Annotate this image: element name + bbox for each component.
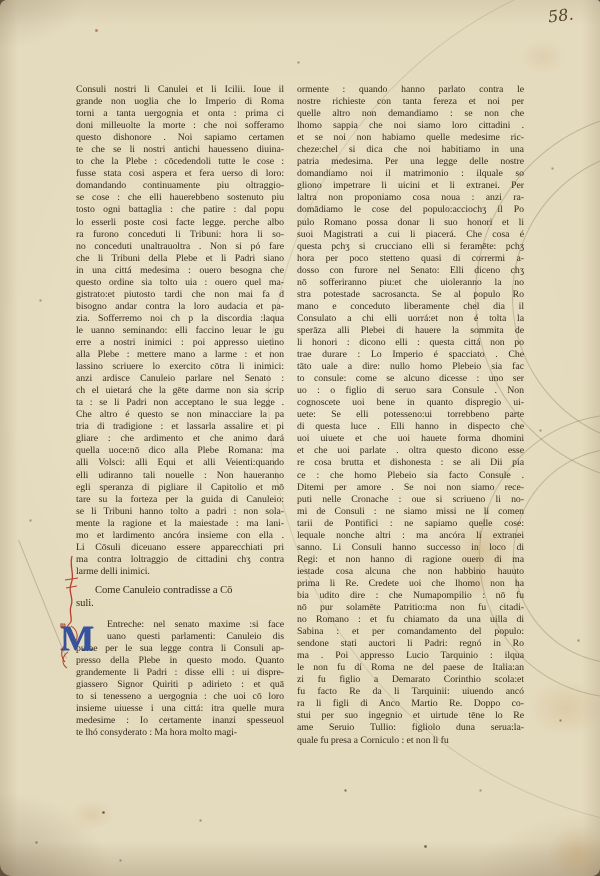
- text-line: egli speranza di pigliare il Capitolio e…: [76, 482, 284, 494]
- text-line: questa pchʒ si crucciano elli si feramēt…: [297, 241, 524, 253]
- text-line: gistrato:et piutosto tardi che non mai f…: [76, 289, 284, 301]
- paragraph-canuleio-speech: Entreche: nel senato maxime :si faceuano…: [76, 619, 284, 739]
- text-line: sanno. Li Consuli hanno successo in loco…: [297, 542, 524, 554]
- text-line: di questa luce . Elli hanno in dispecto …: [297, 421, 524, 433]
- text-line: sendone stati auctori li Padri: regnó in…: [297, 638, 524, 650]
- text-line: quelle altro non demandiamo : se non che: [297, 108, 524, 120]
- text-line: gliono impetrare li uicini et li extrane…: [297, 180, 524, 192]
- chapter-heading-line2: suli.: [76, 597, 284, 610]
- text-line: tosto ogni battaglia : che patire : dal …: [76, 204, 284, 216]
- text-line: ch el uietará che la gēte darme non sia …: [76, 385, 284, 397]
- text-line: Li Cōsuli diceuano essere apparecchiati …: [76, 542, 284, 554]
- text-line: nō pur solamēte Patritio:ma non fu citad…: [297, 602, 524, 614]
- text-line: suoi Magistrati a cui li piacerá. Che co…: [297, 229, 524, 241]
- text-line: mi de Consuli : ne siamo missi ne li com…: [297, 506, 524, 518]
- text-line: patria medesima. Per una legge delle nos…: [297, 156, 524, 168]
- paper-stain: [520, 40, 566, 74]
- text-line: Che altro é questo se non minacciare la …: [76, 409, 284, 421]
- text-line: anzi ardisce Canuleio parlare nel Senato…: [76, 373, 284, 385]
- text-line: lequale nonche altri : ma ancóra li extr…: [297, 530, 524, 542]
- paper-stain: [70, 800, 114, 830]
- text-line: ce : che homo Plebeio sia facto Consule …: [297, 470, 524, 482]
- text-line: lhomo sappia che noi siamo loro cittadin…: [297, 120, 524, 132]
- text-line: questo dishonore . Noi sapiamo certamen: [76, 132, 284, 144]
- text-line: Ditemi per amore . Se noi non siamo rece…: [297, 482, 524, 494]
- text-line: quella uoce:nō dico alla Plebe Romana: m…: [76, 445, 284, 457]
- text-line: Entreche: nel senato maxime :si face: [76, 619, 284, 631]
- text-line: elli udiranno tali nouelle : Non haueran…: [76, 470, 284, 482]
- text-line: putoe per le sua legge contra li Consuli…: [76, 643, 284, 655]
- text-line: nostre richieste con tanta fereza et noi…: [297, 96, 524, 108]
- text-line: fu facto Re da li Tarquinii: uiuendo anc…: [297, 686, 524, 698]
- text-line: ra furono conceduti li Tribuni: hora li …: [76, 229, 284, 241]
- text-line: grandemente li Padri : disse elli : ui d…: [76, 667, 284, 679]
- text-line: trae durare : Lo Imperio é spacciato . C…: [297, 349, 524, 361]
- text-line: Consuli nostri li Canulei et li Icilii. …: [76, 84, 284, 96]
- right-column: ormente : quando hanno parlato contra le…: [297, 84, 524, 747]
- text-line: giassero Signor Quiriti p adirieto : et …: [76, 679, 284, 691]
- text-line: zi fu figlio a Demarato Corinthio scola:…: [297, 674, 524, 686]
- text-line: quale fu presa a Corniculo : et non li f…: [297, 735, 524, 747]
- text-line: cognoscete uoi bene in quanto dispregio …: [297, 397, 524, 409]
- text-line: fusse stata cosi aspera et fera uerso di…: [76, 168, 284, 180]
- text-line: to consule: come se alcuno dicesse : uno…: [297, 373, 524, 385]
- text-line: gliare : che ardimento et che animo dará: [76, 433, 284, 445]
- text-line: grande non uoglia che lo Imperio di Roma: [76, 96, 284, 108]
- text-line: tare su la forteza per la guida di Canul…: [76, 494, 284, 506]
- text-line: bia udito dire : che Numapompilio : nō f…: [297, 590, 524, 602]
- text-line: erre a nostri inimici : poi appresso uie…: [76, 337, 284, 349]
- paper-stain: [548, 826, 600, 876]
- text-line: no Romano : et fu chiamato da una uilla …: [297, 614, 524, 626]
- book-page: 58. Consuli nostri li Canulei et li Icil…: [0, 0, 600, 876]
- text-line: stra potestade sacrosancta. Se al populo…: [297, 289, 524, 301]
- text-line: mano e conceduto liberamente chel dia il: [297, 301, 524, 313]
- paragraph-consuls-speech: Consuli nostri li Canulei et li Icilii. …: [76, 84, 284, 578]
- text-line: stui per suo ingegnio et uirtude tēne lo…: [297, 710, 524, 722]
- text-line: laltra non proponiamo cosa noua : anzi r…: [297, 192, 524, 204]
- text-line: alli Volsci: alli Equi et alli Veienti:q…: [76, 457, 284, 469]
- text-line: le non fu di Roma ne del paese de Italia…: [297, 662, 524, 674]
- text-line: presso della Plebe in questo modo. Quant…: [76, 655, 284, 667]
- text-line: ra li figli di Anco Martio Re. Doppo co-: [297, 698, 524, 710]
- text-line: prima li Re. Credete uoi che lhomo non h…: [297, 578, 524, 590]
- text-line: uoi uiuete et che uoi hauete forma dhomi…: [297, 433, 524, 445]
- text-line: doni milleuolte la morte : che noi soffe…: [76, 120, 284, 132]
- chapter-heading-line1: Come Canuleio contradisse a Cō: [76, 584, 284, 597]
- text-line: tarii de Pontifici : ne sapiamo quelle c…: [297, 518, 524, 530]
- paper-specks: [0, 0, 1, 1]
- text-line: domandiamo noi il matrimonio : ilquale s…: [297, 168, 524, 180]
- text-line: alla Plebe : mettere mano a larme : et n…: [76, 349, 284, 361]
- text-line: pulo Romano possa donar li suo honori et…: [297, 217, 524, 229]
- text-line: questo ordine sia tolto uia : ouero quel…: [76, 277, 284, 289]
- text-line: se cose : che elli hauerebbeno sostenuto…: [76, 192, 284, 204]
- text-line: re cosa brutta et dishonesta : se ali Di…: [297, 457, 524, 469]
- text-line: ma contra loltraggio de cittadini chʒ co…: [76, 554, 284, 566]
- text-line: insieme uiuesse i una cittá: itra quelle…: [76, 703, 284, 715]
- text-line: ormente : quando hanno parlato contra le: [297, 84, 524, 96]
- initial-guide-letter: m: [60, 621, 66, 629]
- text-line: li honori : dicono elli : questa cittá n…: [297, 337, 524, 349]
- text-line: et che uoi parlate . oltra questo dicono…: [297, 445, 524, 457]
- text-line: ame Seruio Tullio: figliolo duna serua:l…: [297, 722, 524, 734]
- text-line: hora per poco stetteno quasi di corrermi…: [297, 253, 524, 265]
- text-line: Consulato a chi elli uorrá:et non é tolt…: [297, 313, 524, 325]
- text-line: cheze:chel si dica che noi habitiamo in …: [297, 144, 524, 156]
- text-line: in una cittá medesima : ouero besogna ch…: [76, 265, 284, 277]
- text-line: uo : o figlio di seruo sara Consule . No…: [297, 385, 524, 397]
- text-line: lassino scriuere lo exercito cōtra li in…: [76, 361, 284, 373]
- text-line: uete: Se elli potesseno:ui torrebbeno pa…: [297, 409, 524, 421]
- text-line: sperāza alli Plebei di hauere la sommita…: [297, 325, 524, 337]
- text-line: puti nelle Cronache : oue si scriueno li…: [297, 494, 524, 506]
- text-line: iestade cosa alcuna che non habbino hauu…: [297, 566, 524, 578]
- text-line: nō sofferiranno piu:et che uioleranno la…: [297, 277, 524, 289]
- text-line: che li Tribuni della Plebe et li Padri s…: [76, 253, 284, 265]
- text-line: domādiamo le cose del populo:acciochʒ il…: [297, 204, 524, 216]
- text-line: mente la ragione et la maiestade : ma la…: [76, 518, 284, 530]
- text-line: Regi: et non hanno di ragione ouero di m…: [297, 554, 524, 566]
- text-line: torni a tanta uergognia et onta : prima …: [76, 108, 284, 120]
- text-line: no conceduti unaltrauoltra . Non si pó f…: [76, 241, 284, 253]
- paper-stain: [528, 680, 600, 736]
- text-line: le uanno seminando: elli faccino leuar l…: [76, 325, 284, 337]
- text-line: mo et lardimento ancóra insieme con ella…: [76, 530, 284, 542]
- text-line: dosso con furore nel Senato: Elli diceno…: [297, 265, 524, 277]
- text-line: et se noi non habiamo quelle medesime ri…: [297, 132, 524, 144]
- text-line: tria di tradigione : et lassarla assalir…: [76, 421, 284, 433]
- text-line: zia. Sofferremo noi ch p la discordia :l…: [76, 313, 284, 325]
- text-line: uano questi parlamenti: Canuleio dis: [76, 631, 284, 643]
- text-line: Sabina : et per comandamento del populo:: [297, 626, 524, 638]
- text-line: se li Tribuni hanno tolto a padri : non …: [76, 506, 284, 518]
- text-line: bisogno andar contra la loro audacia et …: [76, 301, 284, 313]
- left-column: Consuli nostri li Canulei et li Icilii. …: [76, 84, 284, 739]
- text-line: larme delli inimici.: [76, 566, 284, 578]
- text-line: ma . Poi appresso Lucio Tarquinio : ilqu…: [297, 650, 524, 662]
- text-line: ta : se li Padri non acceptano le sua le…: [76, 397, 284, 409]
- text-line: lo esserli poste cosi facte legge. perch…: [76, 217, 284, 229]
- text-line: te che se li nostri antichi hauesseno di…: [76, 144, 284, 156]
- text-line: to che la Plebe : cōcedendoli tutte le c…: [76, 156, 284, 168]
- text-line: medesime : Io certamente inanzi spesseuo…: [76, 715, 284, 727]
- folio-number: 58.: [546, 5, 574, 27]
- text-line: to si tenesseno a uergognia : che uoi cō…: [76, 691, 284, 703]
- text-line: tāto uale a dire: nullo homo Plebeio sia…: [297, 361, 524, 373]
- text-line: domandando continuamente piu oltraggio-: [76, 180, 284, 192]
- chapter-heading: Come Canuleio contradisse a Cō suli.: [76, 584, 284, 610]
- text-line: te lhó consyderato : Ma hora molto magi-: [76, 727, 284, 739]
